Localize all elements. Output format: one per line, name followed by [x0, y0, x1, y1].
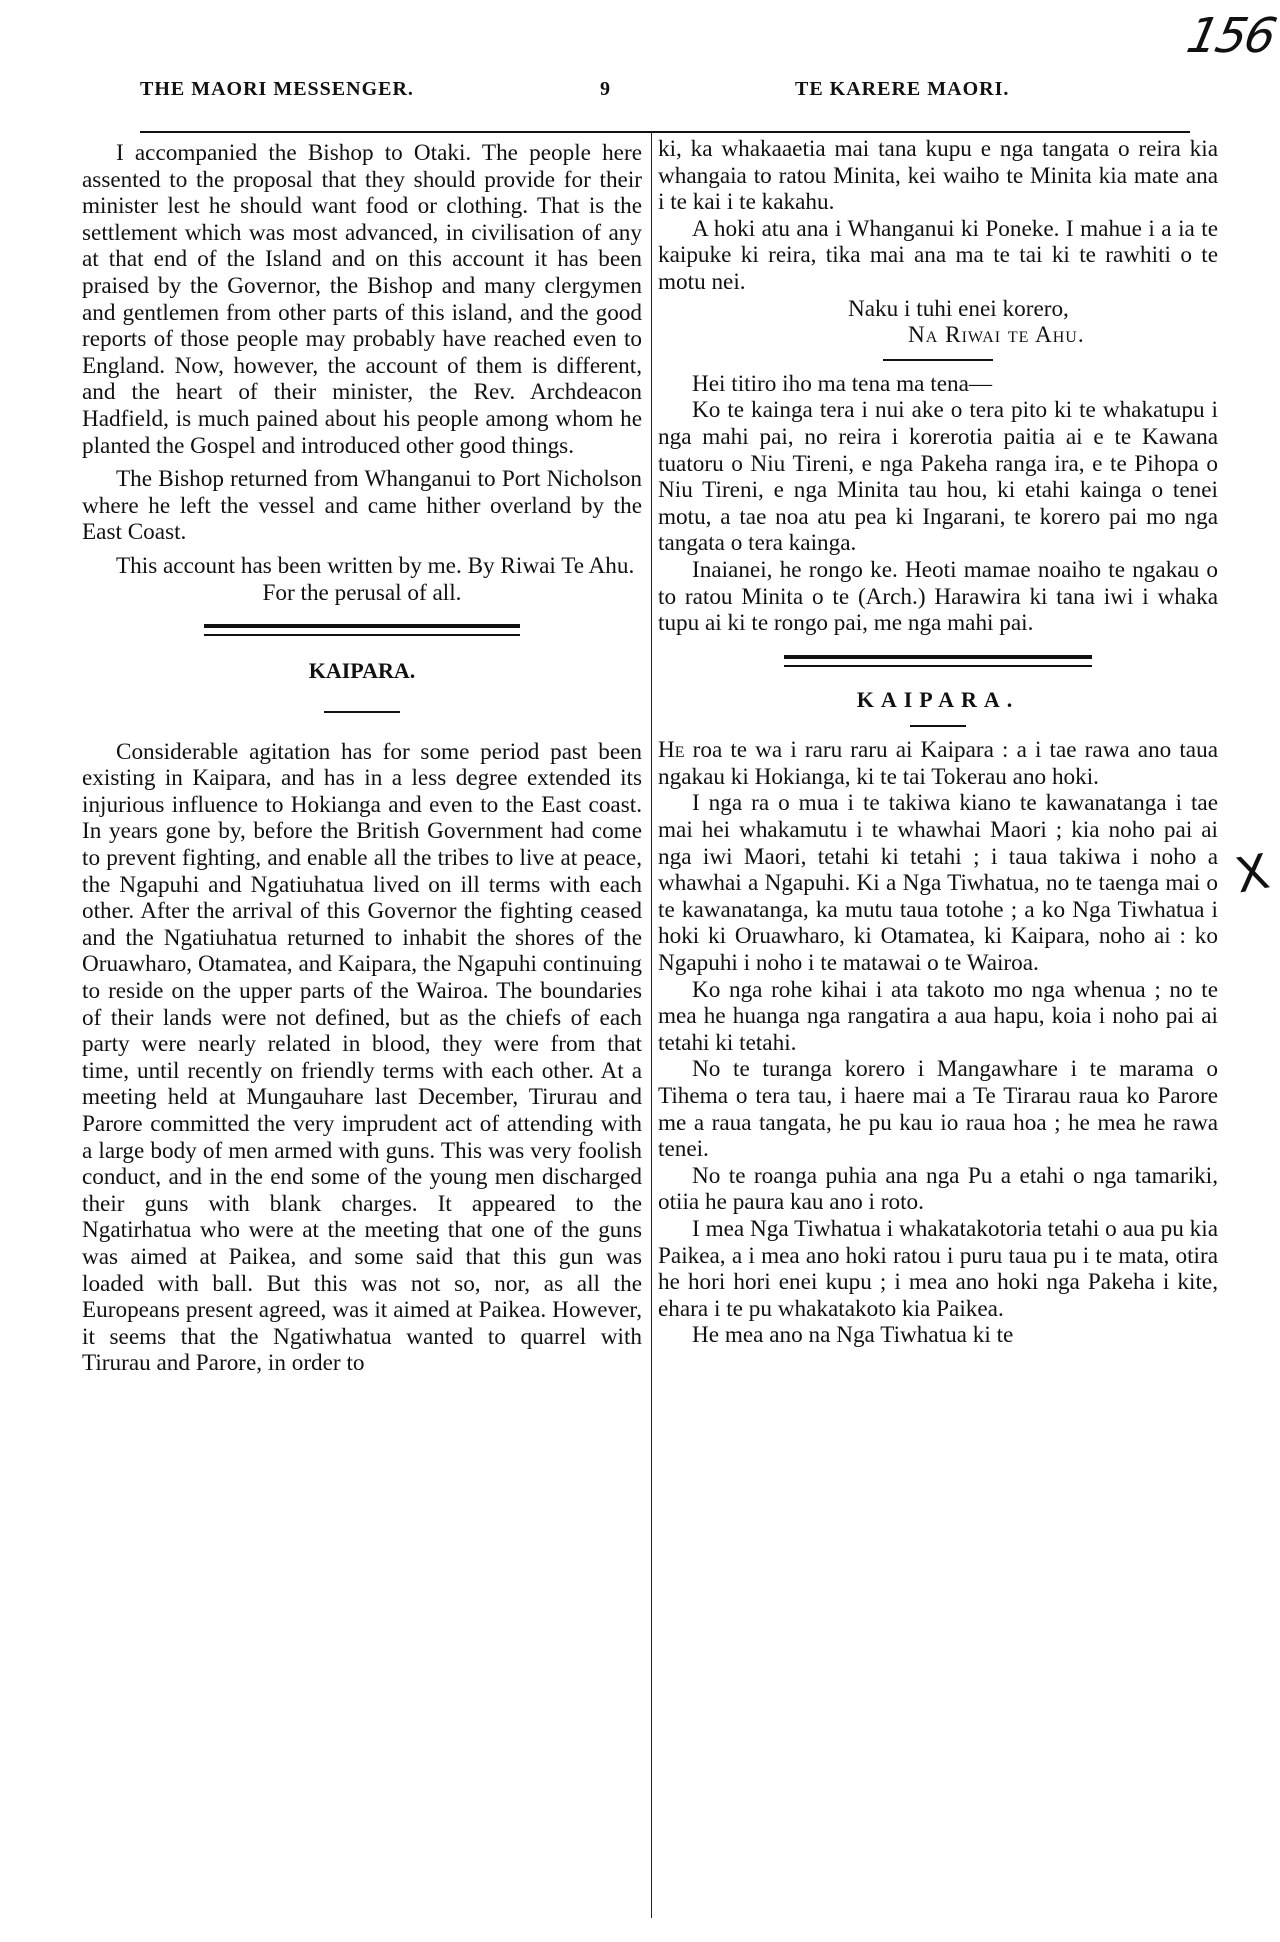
masthead-english-title: THE MAORI MESSENGER.: [140, 78, 414, 101]
drop-word: He: [658, 737, 685, 763]
section-divider-double: [784, 655, 1092, 667]
article-paragraph: A hoki atu ana i Whanganui ki Poneke. I …: [658, 216, 1218, 296]
article-paragraph: I mea Nga Tiwhatua i whakatakotoria teta…: [658, 1216, 1218, 1322]
signature-line: Naku i tuhi enei korero,: [658, 296, 1218, 323]
article-paragraph: The Bishop returned from Whanganui to Po…: [82, 466, 642, 546]
masthead-rule: [140, 131, 1190, 133]
masthead: THE MAORI MESSENGER. 9 TE KARERE MAORI.: [140, 78, 1190, 108]
article-paragraph: ki, ka whakaaetia mai tana kupu e nga ta…: [658, 136, 1218, 216]
article-paragraph: No te turanga korero i Mangawhare i te m…: [658, 1056, 1218, 1162]
article-paragraph: Ko te kainga tera i nui ake o tera pito …: [658, 397, 1218, 557]
maori-column: ki, ka whakaaetia mai tana kupu e nga ta…: [658, 136, 1218, 1349]
paragraph-text: roa te wa i raru raru ai Kaipara : a i t…: [658, 737, 1218, 790]
article-paragraph: Considerable agitation has for some peri…: [82, 739, 642, 1377]
section-divider: [883, 359, 993, 361]
article-paragraph: Hei titiro iho ma tena ma tena—: [658, 371, 1218, 398]
article-paragraph: Inaianei, he rongo ke. Heoti mamae noaih…: [658, 557, 1218, 637]
handwritten-margin-mark: X: [1231, 844, 1273, 905]
english-column: I accompanied the Bishop to Otaki. The p…: [82, 140, 642, 1377]
heading-underline: [910, 725, 966, 727]
article-paragraph: Ko nga rohe kihai i ata takoto mo nga wh…: [658, 977, 1218, 1057]
article-paragraph: I accompanied the Bishop to Otaki. The p…: [82, 140, 642, 459]
heading-underline: [324, 711, 400, 713]
page-number: 9: [600, 78, 611, 101]
section-heading-kaipara: KAIPARA.: [82, 658, 642, 685]
section-divider-double: [204, 624, 520, 636]
handwritten-folio-number: 156: [1182, 8, 1280, 64]
article-paragraph: This account has been written by me. By …: [82, 553, 642, 580]
section-heading-kaipara: KAIPARA.: [658, 687, 1218, 714]
article-paragraph: He roa te wa i raru raru ai Kaipara : a …: [658, 737, 1218, 790]
article-paragraph: He mea ano na Nga Tiwhatua ki te: [658, 1322, 1218, 1349]
signature-name: Na Riwai te Ahu.: [658, 322, 1218, 349]
article-paragraph: I nga ra o mua i te takiwa kiano te kawa…: [658, 790, 1218, 976]
masthead-maori-title: TE KARERE MAORI.: [795, 78, 1009, 101]
column-divider: [651, 133, 652, 1918]
article-signoff: For the perusal of all.: [82, 580, 642, 607]
article-paragraph: No te roanga puhia ana nga Pu a etahi o …: [658, 1163, 1218, 1216]
